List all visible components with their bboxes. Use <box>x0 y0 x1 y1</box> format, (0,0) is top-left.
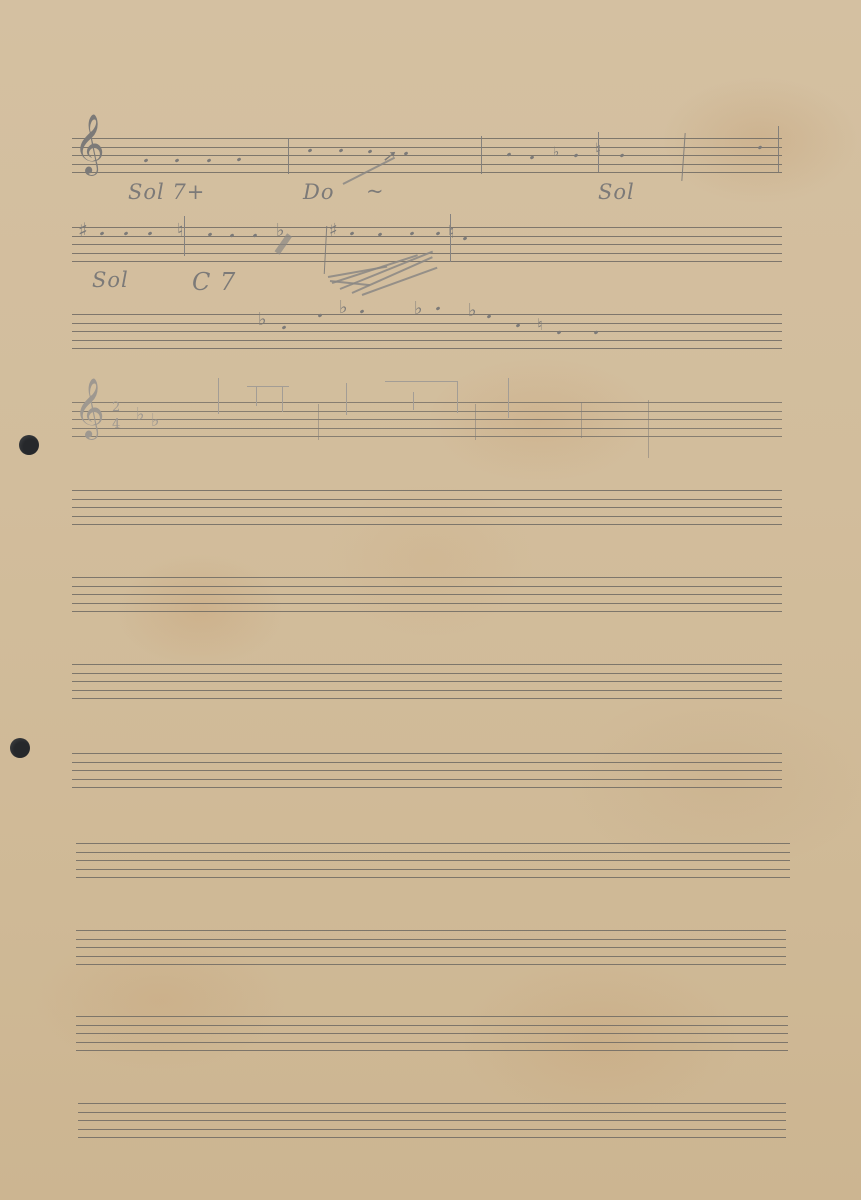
chord-label-tilde: ~ <box>366 179 385 203</box>
flat-accidental: ♭ <box>553 145 559 160</box>
staff-4 <box>72 402 782 438</box>
natural-accidental: ♮ <box>537 315 543 334</box>
treble-clef-icon: 𝄞 <box>74 118 105 170</box>
barline <box>648 400 649 458</box>
staff-9 <box>76 843 790 879</box>
flat-accidental: ♭ <box>258 309 267 330</box>
sharp-accidental: ♯ <box>78 218 88 242</box>
treble-clef-icon: 𝄞 <box>74 382 105 434</box>
chord-label: Sol <box>598 180 635 204</box>
sharp-accidental: ♯ <box>329 220 338 241</box>
chord-label: C 7 <box>192 268 236 296</box>
staff-3 <box>72 314 782 350</box>
staff-6 <box>72 577 782 613</box>
chord-label: Sol <box>92 268 129 292</box>
note-stem <box>282 386 283 412</box>
barline <box>288 138 289 174</box>
staff-8 <box>72 753 782 789</box>
staff-1 <box>72 138 782 174</box>
natural-accidental: ♮ <box>448 222 454 243</box>
time-signature-top: 2 <box>112 400 120 415</box>
chord-label: Sol 7+ <box>128 180 205 204</box>
punch-hole-bottom <box>10 738 30 758</box>
barline <box>318 404 319 440</box>
note <box>436 306 441 311</box>
barline <box>581 402 582 438</box>
beam <box>385 381 457 382</box>
staff-12 <box>78 1103 786 1139</box>
note-stem <box>457 381 458 413</box>
staff-11 <box>76 1016 788 1052</box>
staff-10 <box>76 930 786 966</box>
note-stem <box>346 383 347 415</box>
note-stem <box>413 392 414 410</box>
time-signature-bottom: 4 <box>112 417 120 432</box>
natural-accidental: ♮ <box>177 220 183 241</box>
flat-accidental: ♭ <box>151 410 160 431</box>
final-barline <box>778 126 779 172</box>
manuscript-page: 𝄞 ➚ ♭ ♮ Sol 7+ Do ~ Sol ♯ ♮ ♭ ♯ ♮ <box>0 0 861 1200</box>
flat-accidental: ♭ <box>468 300 477 321</box>
barline <box>475 404 476 440</box>
barline <box>481 136 482 174</box>
arrow-head-icon: ➚ <box>382 146 395 165</box>
staff-7 <box>72 664 782 700</box>
note-stem <box>508 378 509 418</box>
note-stem <box>598 132 599 172</box>
note-stem <box>184 216 185 256</box>
note-stem <box>218 378 219 414</box>
chord-label: Do <box>303 180 334 204</box>
punch-hole-top <box>19 435 39 455</box>
flat-accidental: ♭ <box>414 298 423 319</box>
flat-accidental: ♭ <box>339 297 348 318</box>
note-stem <box>450 214 451 262</box>
staff-5 <box>72 490 782 526</box>
note-stem <box>256 386 257 406</box>
flat-accidental: ♭ <box>136 404 145 425</box>
